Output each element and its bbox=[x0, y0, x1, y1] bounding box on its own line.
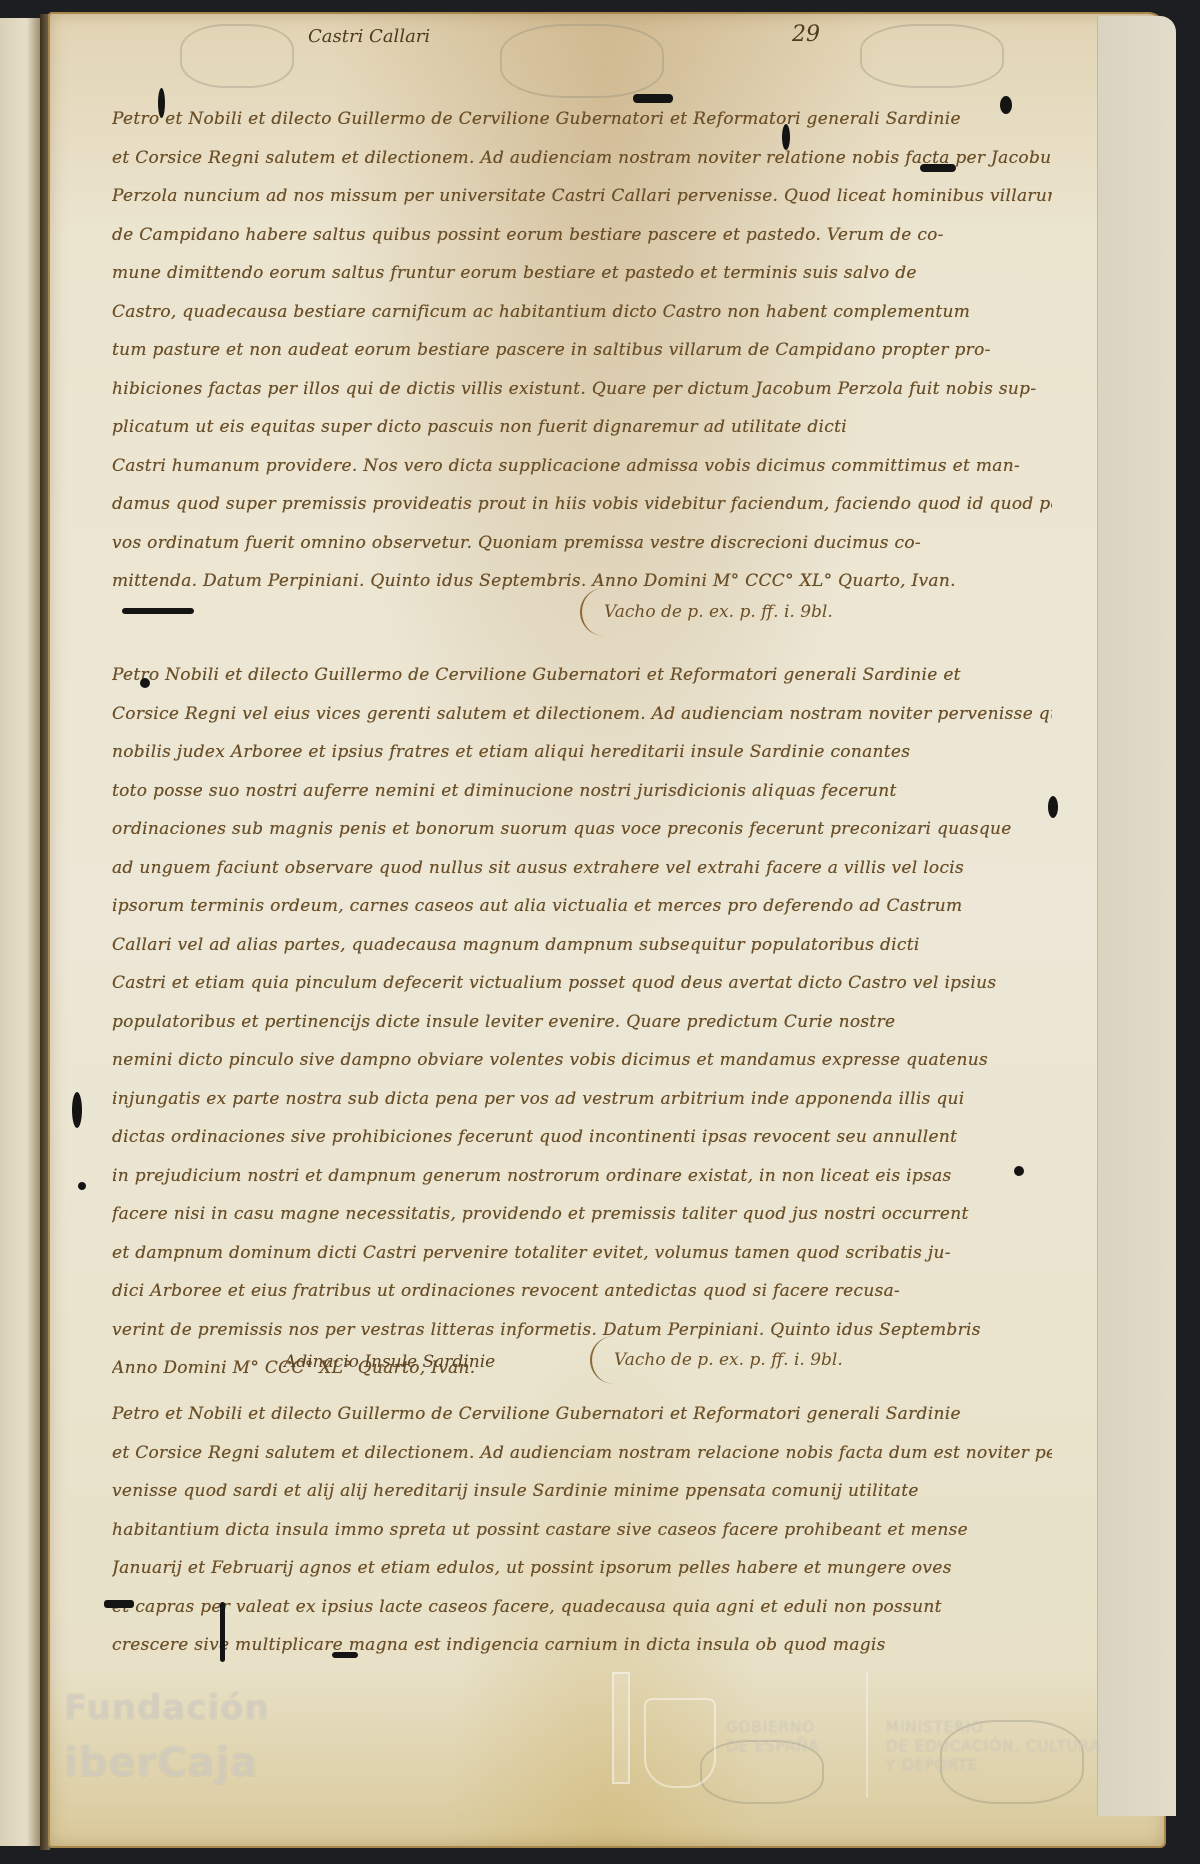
water-stain bbox=[860, 24, 1004, 88]
text-line: ad unguem faciunt observare quod nullus … bbox=[112, 849, 1052, 888]
text-line: venisse quod sardi et alij alij heredita… bbox=[112, 1472, 1052, 1511]
text-line: habitantium dicta insula immo spreta ut … bbox=[112, 1511, 1052, 1550]
text-line: Castri humanum providere. Nos vero dicta… bbox=[112, 447, 1052, 486]
ink-blot bbox=[633, 94, 673, 103]
ink-blot bbox=[72, 1092, 82, 1128]
text-line: populatoribus et pertinencijs dicte insu… bbox=[112, 1003, 1052, 1042]
water-stain bbox=[180, 24, 294, 88]
watermark-ministerio-line: MINISTERIO bbox=[886, 1718, 1101, 1737]
spain-flag-icon bbox=[612, 1672, 630, 1784]
text-line: ordinaciones sub magnis penis et bonorum… bbox=[112, 810, 1052, 849]
text-line: Castri et etiam quia pinculum defecerit … bbox=[112, 964, 1052, 1003]
text-line: crescere sive multiplicare magna est ind… bbox=[112, 1626, 1052, 1665]
text-line: et Corsice Regni salutem et dilectionem.… bbox=[112, 139, 1052, 178]
text-line: nobilis judex Arboree et ipsius fratres … bbox=[112, 733, 1052, 772]
watermark-ministerio: MINISTERIO DE EDUCACIÓN, CULTURA Y DEPOR… bbox=[886, 1718, 1101, 1775]
letter-entry-2: Petro Nobili et dilecto Guillermo de Cer… bbox=[112, 656, 1052, 1388]
text-line: Callari vel ad alias partes, quadecausa … bbox=[112, 926, 1052, 965]
text-line: facere nisi in casu magne necessitatis, … bbox=[112, 1195, 1052, 1234]
text-line: damus quod super premissis provideatis p… bbox=[112, 485, 1052, 524]
chancery-signature-1: Vacho de p. ex. p. ff. i. 9bl. bbox=[580, 588, 855, 636]
text-line: hibiciones factas per illos qui de dicti… bbox=[112, 370, 1052, 409]
header-annotation: Castri Callari bbox=[308, 26, 430, 47]
text-line: toto posse suo nostri auferre nemini et … bbox=[112, 772, 1052, 811]
text-line: tum pasture et non audeat eorum bestiare… bbox=[112, 331, 1052, 370]
page-margin-strip bbox=[1097, 16, 1176, 1816]
text-line: Perzola nuncium ad nos missum per univer… bbox=[112, 177, 1052, 216]
watermark-ministerio-line: DE EDUCACIÓN, CULTURA bbox=[886, 1737, 1101, 1756]
ink-blot bbox=[140, 678, 150, 688]
text-line: Corsice Regni vel eius vices gerenti sal… bbox=[112, 695, 1052, 734]
margin-note: Adinacio Insule Sardinie bbox=[284, 1352, 495, 1372]
text-line: Anno Domini M° CCC° XL° Quarto, Ivan. bbox=[112, 1349, 1052, 1388]
water-stain bbox=[500, 24, 664, 98]
text-line: Petro et Nobili et dilecto Guillermo de … bbox=[112, 1395, 1052, 1434]
watermark-gobierno: GOBIERNO DE ESPAÑA bbox=[726, 1718, 820, 1756]
ink-blot bbox=[1000, 96, 1012, 114]
chancery-signature-2: Vacho de p. ex. p. ff. i. 9bl. bbox=[590, 1336, 865, 1384]
text-line: injungatis ex parte nostra sub dicta pen… bbox=[112, 1080, 1052, 1119]
text-line: Petro Nobili et dilecto Guillermo de Cer… bbox=[112, 656, 1052, 695]
text-line: plicatum ut eis equitas super dicto pasc… bbox=[112, 408, 1052, 447]
facing-page-edge bbox=[0, 18, 44, 1846]
text-line: et capras per valeat ex ipsius lacte cas… bbox=[112, 1588, 1052, 1627]
ink-blot bbox=[220, 1602, 225, 1662]
text-line: Castro, quadecausa bestiare carnificum a… bbox=[112, 293, 1052, 332]
watermark-gobierno-line: GOBIERNO bbox=[726, 1718, 820, 1737]
folio-number: 29 bbox=[792, 22, 820, 47]
ink-blot bbox=[158, 88, 165, 118]
text-line: in prejudicium nostri et dampnum generum… bbox=[112, 1157, 1052, 1196]
text-line: et dampnum dominum dicti Castri pervenir… bbox=[112, 1234, 1052, 1273]
text-line: verint de premissis nos per vestras litt… bbox=[112, 1311, 1052, 1350]
text-line: dici Arboree et eius fratribus ut ordina… bbox=[112, 1272, 1052, 1311]
ink-blot bbox=[104, 1600, 134, 1608]
watermark-ministerio-line: Y DEPORTE bbox=[886, 1756, 1101, 1775]
text-line: Januarij et Februarij agnos et etiam edu… bbox=[112, 1549, 1052, 1588]
text-line: de Campidano habere saltus quibus possin… bbox=[112, 216, 1052, 255]
ink-blot bbox=[920, 164, 956, 172]
ink-blot bbox=[78, 1182, 86, 1190]
coat-of-arms-icon bbox=[644, 1698, 716, 1788]
text-line: Petro et Nobili et dilecto Guillermo de … bbox=[112, 100, 1052, 139]
watermark-gobierno-line: DE ESPAÑA bbox=[726, 1737, 820, 1756]
ink-blot bbox=[782, 124, 790, 150]
text-line: et Corsice Regni salutem et dilectionem.… bbox=[112, 1434, 1052, 1473]
watermark-fundacion: Fundación bbox=[64, 1690, 270, 1726]
ink-blot bbox=[122, 608, 194, 614]
letter-entry-1: Petro et Nobili et dilecto Guillermo de … bbox=[112, 100, 1052, 601]
watermark-divider bbox=[866, 1672, 868, 1798]
manuscript-scan: Castri Callari 29 Petro et Nobili et dil… bbox=[0, 0, 1200, 1864]
text-line: dictas ordinaciones sive prohibiciones f… bbox=[112, 1118, 1052, 1157]
ink-blot bbox=[332, 1652, 358, 1658]
text-line: mittenda. Datum Perpiniani. Quinto idus … bbox=[112, 562, 1052, 601]
ink-blot bbox=[1048, 796, 1058, 818]
text-line: nemini dicto pinculo sive dampno obviare… bbox=[112, 1041, 1052, 1080]
letter-entry-3: Petro et Nobili et dilecto Guillermo de … bbox=[112, 1395, 1052, 1665]
ink-blot bbox=[1014, 1166, 1024, 1176]
text-line: ipsorum terminis ordeum, carnes caseos a… bbox=[112, 887, 1052, 926]
text-line: vos ordinatum fuerit omnino observetur. … bbox=[112, 524, 1052, 563]
watermark-ibercaja: iberCaja bbox=[64, 1740, 258, 1786]
text-line: mune dimittendo eorum saltus fruntur eor… bbox=[112, 254, 1052, 293]
